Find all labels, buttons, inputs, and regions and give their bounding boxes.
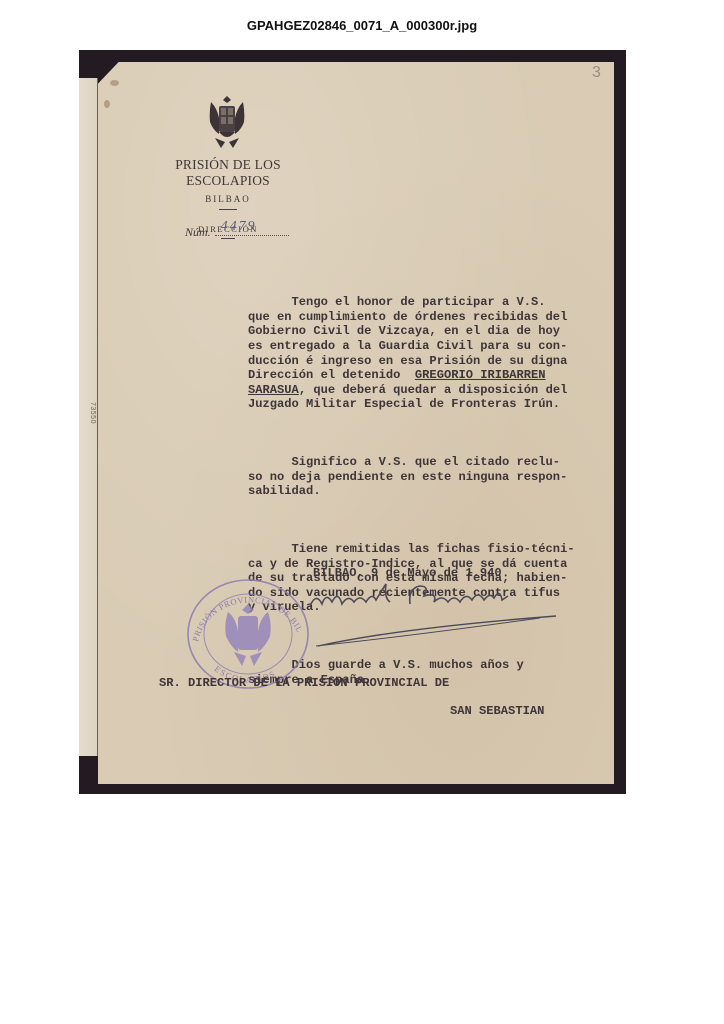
detainee-name: GREGORIO IRIBARREN <box>415 368 546 382</box>
signature-icon: Manuel Barbería <box>280 580 560 650</box>
paper-stain <box>110 80 119 86</box>
line: Tengo el honor de participar a V.S. <box>248 295 546 309</box>
number-value: 4479 <box>221 219 257 235</box>
file-name-title: GPAHGEZ02846_0071_A_000300r.jpg <box>0 18 724 33</box>
institution-name: PRISIÓN DE LOS ESCOLAPIOS <box>138 157 318 189</box>
reference-number-row: Núm.4479 <box>185 225 289 240</box>
coat-of-arms-icon <box>207 94 247 150</box>
signature-text: Manuel Barbería <box>280 580 288 581</box>
paper-stain <box>104 100 110 108</box>
number-label: Núm. <box>185 225 211 239</box>
line: Dirección el detenido <box>248 368 415 382</box>
number-field: 4479 <box>215 235 289 236</box>
addressee-city: SAN SEBASTIAN <box>450 704 544 718</box>
page-number: 3 <box>592 64 601 82</box>
line: ducción é ingreso en esa Prisión de su d… <box>248 354 567 368</box>
paragraph-responsibility: Significo a V.S. que el citado reclu- so… <box>248 455 614 499</box>
line: , que deberá quedar a disposición del <box>299 383 568 397</box>
side-archive-code: 73550 <box>89 402 96 424</box>
institution-city: BILBAO <box>138 194 318 204</box>
ornament-divider <box>219 209 237 210</box>
line: es entregado a la Guardia Civil para su … <box>248 339 567 353</box>
line: Gobierno Civil de Vizcaya, en el dia de … <box>248 324 560 338</box>
paragraph-transfer: Tengo el honor de participar a V.S. que … <box>248 295 614 412</box>
line: Juzgado Militar Especial de Fronteras Ir… <box>248 397 560 411</box>
date-line: BILBAO, 9 de Mayo de 1.940 <box>313 566 502 580</box>
addressee-line: SR. DIRECTOR DE LA PRISION PROVINCIAL DE <box>159 676 449 690</box>
detainee-surname: SARASUA <box>248 383 299 397</box>
line: que en cumplimiento de órdenes recibidas… <box>248 310 567 324</box>
